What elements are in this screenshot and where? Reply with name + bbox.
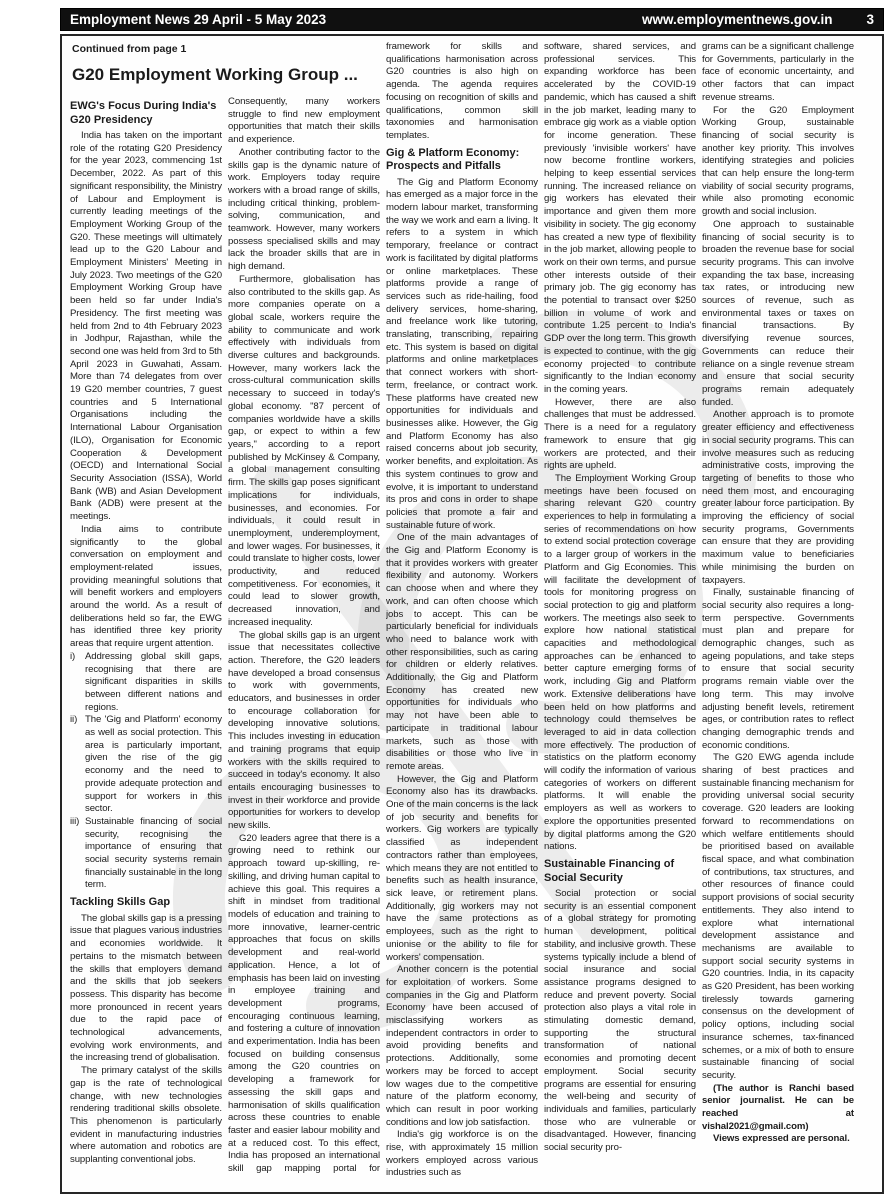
- paragraph: The primary catalyst of the skills gap i…: [70, 1065, 222, 1167]
- section-heading: Gig & Platform Economy: Prospects and Pi…: [386, 147, 538, 174]
- newspaper-page: Employment News 29 April - 5 May 2023 ww…: [0, 0, 886, 1200]
- section-heading: EWG's Focus During India's G20 Presidenc…: [70, 100, 222, 127]
- paragraph: One approach to sustainable financing of…: [702, 219, 854, 410]
- paragraph: Finally, sustainable financing of social…: [702, 587, 854, 752]
- paragraph: Another approach is to promote greater e…: [702, 409, 854, 587]
- paragraph: framework for skills and qualifications …: [386, 41, 538, 143]
- list-marker: iii): [70, 816, 85, 892]
- masthead-url: www.employmentnews.gov.in: [642, 12, 833, 27]
- paragraph: software, shared services, and professio…: [544, 41, 696, 397]
- masthead-title: Employment News 29 April - 5 May 2023: [70, 12, 326, 27]
- article-page: Continued from page 1 G20 Employment Wor…: [60, 34, 884, 1194]
- scanned-sheet: Employment News 29 April - 5 May 2023 ww…: [60, 8, 884, 1194]
- paragraph: The Gig and Platform Economy has emerged…: [386, 177, 538, 533]
- section-heading: Tackling Skills Gap: [70, 896, 222, 910]
- section-heading: Sustainable Financing of Social Security: [544, 858, 696, 885]
- paragraph: The Employment Working Group meetings ha…: [544, 473, 696, 854]
- continued-from-note: Continued from page 1: [72, 43, 380, 55]
- paragraph: One of the main advantages of the Gig an…: [386, 532, 538, 773]
- paragraph: The global skills gap is a pressing issu…: [70, 913, 222, 1065]
- paragraph: G20 leaders agree that there is a growin…: [228, 833, 380, 1174]
- lead-section: Continued from page 1 G20 Employment Wor…: [70, 41, 380, 1183]
- list-text: The 'Gig and Platform' economy as well a…: [85, 714, 222, 816]
- list-text: Sustainable financing of social security…: [85, 816, 222, 892]
- list-marker: ii): [70, 714, 85, 816]
- text-column-1: EWG's Focus During India's G20 Presidenc…: [70, 96, 222, 1174]
- paragraph: India aims to contribute significantly t…: [70, 524, 222, 651]
- paragraph: Consequently, many workers struggle to f…: [228, 96, 380, 147]
- article-headline: G20 Employment Working Group ...: [72, 65, 380, 85]
- page-number: 3: [866, 12, 874, 27]
- list-marker: i): [70, 651, 85, 715]
- paragraph: The G20 EWG agenda include sharing of be…: [702, 752, 854, 1082]
- text-column-3: framework for skills and qualifications …: [386, 41, 538, 1183]
- paragraph: The global skills gap is an urgent issue…: [228, 630, 380, 833]
- paragraph: For the G20 Employment Working Group, su…: [702, 105, 854, 219]
- text-column-4: software, shared services, and professio…: [544, 41, 696, 1183]
- priority-list-item: iii)Sustainable financing of social secu…: [70, 816, 222, 892]
- paragraph: However, the Gig and Platform Economy al…: [386, 774, 538, 965]
- paragraph: Social protection or social security is …: [544, 888, 696, 1155]
- paragraph: Furthermore, globalisation has also cont…: [228, 274, 380, 630]
- list-text: Addressing global skill gaps, recognisin…: [85, 651, 222, 715]
- paragraph: India's gig workforce is on the rise, wi…: [386, 1129, 538, 1180]
- paragraph: Another concern is the potential for exp…: [386, 964, 538, 1129]
- paragraph: Another contributing factor to the skill…: [228, 147, 380, 274]
- paragraph: India has taken on the important role of…: [70, 130, 222, 524]
- paragraph: grams can be a significant challenge for…: [702, 41, 854, 105]
- text-column-5: grams can be a significant challenge for…: [702, 41, 854, 1183]
- priority-list-item: i)Addressing global skill gaps, recognis…: [70, 651, 222, 715]
- paragraph: Views expressed are personal.: [702, 1133, 854, 1146]
- masthead-bar: Employment News 29 April - 5 May 2023 ww…: [60, 8, 884, 31]
- priority-list-item: ii)The 'Gig and Platform' economy as wel…: [70, 714, 222, 816]
- paragraph: (The author is Ranchi based senior journ…: [702, 1083, 854, 1134]
- text-column-2: Consequently, many workers struggle to f…: [228, 96, 380, 1174]
- paragraph: However, there are also challenges that …: [544, 397, 696, 473]
